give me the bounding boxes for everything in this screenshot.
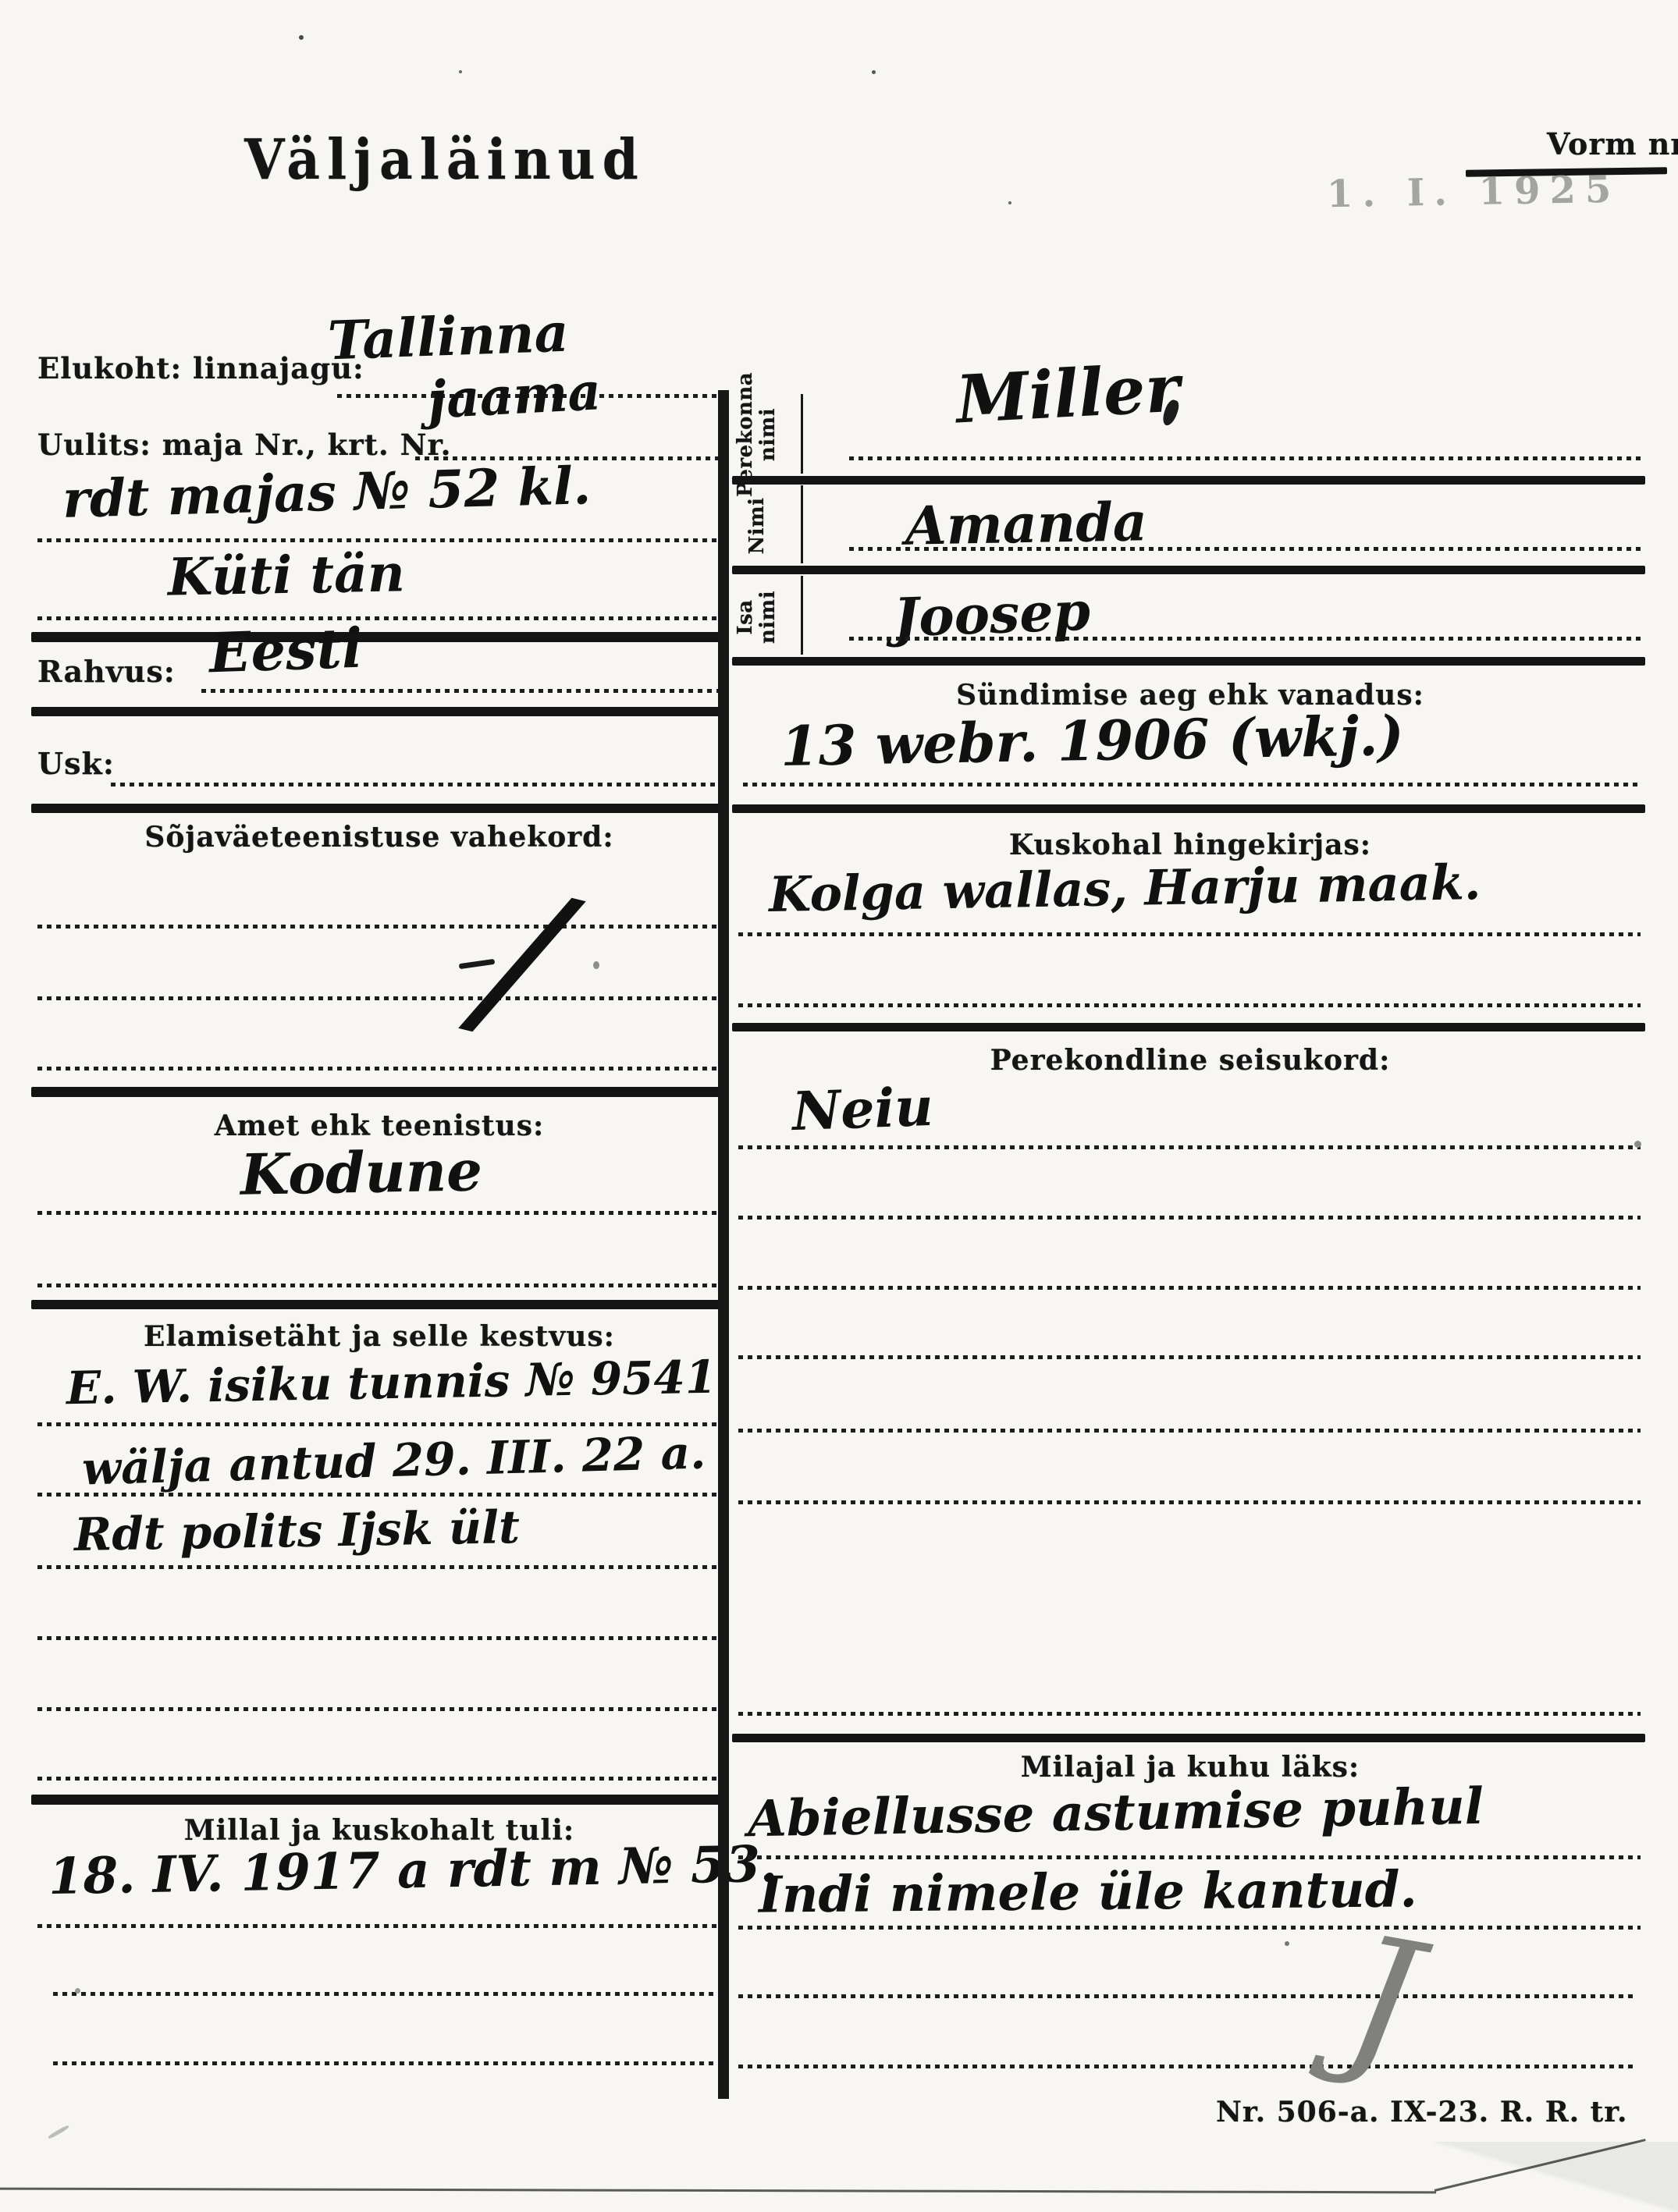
handwritten-street-line1: jaama bbox=[426, 360, 603, 431]
scan-speck bbox=[48, 2125, 69, 2139]
dotted-line bbox=[37, 1284, 721, 1287]
field-label-religion: Usk: bbox=[37, 746, 115, 781]
field-label-residence: Elukoht: linnajagu: bbox=[37, 351, 364, 385]
field-label-father-name: Isa nimi bbox=[734, 582, 797, 652]
field-heading-residence-permit: Elamisetäht ja selle kestvus: bbox=[31, 1320, 727, 1353]
dotted-line bbox=[37, 996, 721, 1000]
scan-speck bbox=[299, 35, 304, 40]
dotted-line bbox=[738, 1003, 1641, 1007]
handwritten-street-line3: Küti tän bbox=[167, 542, 405, 607]
dotted-line bbox=[738, 1926, 1641, 1930]
dotted-line bbox=[738, 1216, 1641, 1220]
section-divider bbox=[732, 1023, 1645, 1031]
handwritten-nationality: Eesti bbox=[208, 616, 364, 686]
print-footer: Nr. 506-a. IX-23. R. R. tr. bbox=[1216, 2096, 1628, 2129]
form-number: Vorm nr. 2 bbox=[1547, 126, 1678, 162]
scan-speck bbox=[459, 70, 462, 73]
section-divider bbox=[732, 804, 1645, 813]
handwritten-birth: 13 webr. 1906 (wkj.) bbox=[780, 703, 1404, 779]
handwritten-departure-line2: Indi nimele üle kantud. bbox=[759, 1860, 1417, 1924]
paper-bottom-edge bbox=[0, 2188, 1436, 2194]
dotted-line bbox=[738, 1145, 1641, 1149]
handwritten-arrival: 18. IV. 1917 a rdt m № 53. bbox=[48, 1835, 777, 1906]
field-heading-departure: Milajal ja kuhu läks: bbox=[734, 1751, 1647, 1784]
handwritten-permit-line1: E. W. isiku tunnis № 9541 bbox=[66, 1351, 716, 1415]
dotted-line bbox=[37, 616, 721, 620]
row-divider bbox=[732, 476, 1645, 485]
field-heading-military: Sõjaväeteenistuse vahekord: bbox=[31, 821, 727, 854]
section-divider bbox=[31, 707, 727, 716]
section-divider bbox=[31, 804, 727, 813]
handwritten-departure-line1: Abiellusse astumise puhul bbox=[747, 1777, 1484, 1848]
dotted-line bbox=[738, 1712, 1641, 1716]
dotted-line bbox=[849, 456, 1641, 460]
scan-speck bbox=[593, 961, 599, 969]
paper-corner-fold-shade bbox=[1434, 2142, 1678, 2212]
field-heading-occupation: Amet ehk teenistus: bbox=[31, 1110, 727, 1142]
label-box-divider bbox=[801, 576, 803, 655]
scan-speck bbox=[1008, 201, 1011, 204]
page-title: Väljaläinud bbox=[195, 126, 695, 192]
dotted-line bbox=[738, 1994, 1633, 1998]
registration-card: Väljaläinud Vorm nr. 2 1. I. 1925 Elukoh… bbox=[0, 0, 1678, 2212]
handwritten-street-line2: rdt majas № 52 kl. bbox=[62, 455, 592, 530]
field-label-nationality: Rahvus: bbox=[37, 654, 176, 689]
handwritten-residence: Tallinna bbox=[327, 302, 570, 373]
dotted-line bbox=[37, 1924, 721, 1928]
section-divider bbox=[31, 1087, 727, 1097]
dotted-line bbox=[37, 1636, 721, 1640]
dotted-line bbox=[37, 1777, 721, 1781]
field-heading-parish: Kuskohal hingekirjas: bbox=[734, 829, 1647, 861]
handwritten-permit-line3: Rdt polits Ijsk ült bbox=[73, 1500, 520, 1561]
column-divider bbox=[718, 390, 729, 2099]
field-label-first-name: Nimi bbox=[746, 479, 785, 573]
dotted-line bbox=[37, 1422, 721, 1426]
row-divider bbox=[732, 657, 1645, 666]
dotted-line bbox=[738, 1429, 1641, 1433]
dotted-line bbox=[201, 689, 718, 693]
section-divider bbox=[732, 1734, 1645, 1742]
dotted-line bbox=[37, 1493, 721, 1497]
dotted-line bbox=[37, 925, 721, 928]
date-stamp: 1. I. 1925 bbox=[1327, 168, 1621, 217]
dotted-line bbox=[738, 1286, 1641, 1290]
section-divider bbox=[31, 1795, 727, 1805]
handwritten-marital: Neiu bbox=[791, 1076, 934, 1143]
dotted-line bbox=[738, 1855, 1641, 1859]
section-divider bbox=[31, 1300, 727, 1309]
dotted-line bbox=[53, 1992, 721, 1996]
dotted-line bbox=[37, 1211, 721, 1215]
scan-speck bbox=[1634, 1141, 1641, 1148]
dotted-line bbox=[738, 932, 1641, 936]
handwritten-occupation: Kodune bbox=[240, 1137, 482, 1207]
dotted-line bbox=[37, 1067, 721, 1070]
dotted-line bbox=[849, 637, 1641, 641]
dotted-line bbox=[738, 1355, 1641, 1359]
section-divider bbox=[31, 632, 727, 642]
dotted-line bbox=[849, 547, 1641, 551]
scan-speck bbox=[1285, 1941, 1289, 1946]
dotted-line bbox=[53, 2061, 721, 2065]
dotted-line bbox=[743, 783, 1641, 786]
field-heading-marital: Perekondline seisukord: bbox=[734, 1044, 1647, 1077]
label-box-divider bbox=[801, 485, 803, 563]
dotted-line bbox=[37, 1565, 721, 1569]
handwritten-parish: Kolga wallas, Harju maak. bbox=[768, 854, 1481, 923]
dotted-line bbox=[111, 783, 718, 786]
dotted-line bbox=[738, 2065, 1633, 2068]
row-divider bbox=[732, 566, 1645, 574]
scan-speck bbox=[75, 1988, 80, 1994]
dotted-line bbox=[37, 1707, 721, 1711]
handwritten-surname: Miller bbox=[955, 350, 1182, 438]
label-box-divider bbox=[801, 394, 803, 474]
dotted-line bbox=[738, 1500, 1641, 1504]
scan-speck bbox=[872, 70, 876, 74]
field-label-street: Uulits: maja Nr., krt. Nr. bbox=[37, 428, 451, 462]
handwritten-permit-line2: wälja antud 29. III. 22 a. bbox=[81, 1426, 706, 1496]
dotted-line bbox=[37, 538, 721, 542]
